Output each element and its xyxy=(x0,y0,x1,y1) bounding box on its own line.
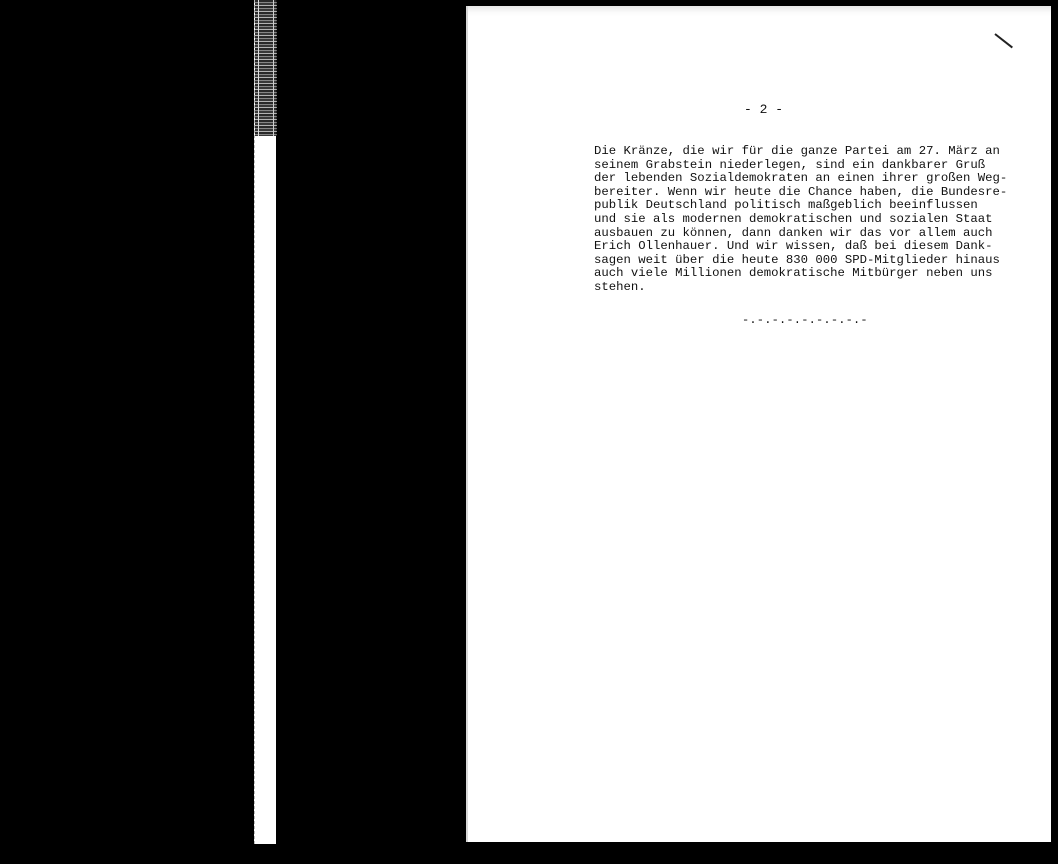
pen-mark xyxy=(994,33,1013,48)
text-line: seinem Grabstein niederlegen, sind ein d… xyxy=(594,159,1014,173)
text-line: ausbauen zu können, dann danken wir das … xyxy=(594,227,1014,241)
text-line: und sie als modernen demokratischen und … xyxy=(594,213,1014,227)
end-of-text-mark: -.-.-.-.-.-.-.-.- xyxy=(742,313,868,327)
document-page: - 2 - Die Kränze, die wir für die ganze … xyxy=(466,6,1051,842)
page-number: - 2 - xyxy=(744,102,783,117)
text-line: Erich Ollenhauer. Und wir wissen, daß be… xyxy=(594,240,1014,254)
text-line: publik Deutschland politisch maßgeblich … xyxy=(594,199,1014,213)
text-line: auch viele Millionen demokratische Mitbü… xyxy=(594,267,1014,281)
text-line: stehen. xyxy=(594,281,1014,295)
adjacent-page-edge-border xyxy=(258,0,274,136)
text-line: bereiter. Wenn wir heute die Chance habe… xyxy=(594,186,1014,200)
text-line: Die Kränze, die wir für die ganze Partei… xyxy=(594,145,1014,159)
text-line: der lebenden Sozialdemokraten an einen i… xyxy=(594,172,1014,186)
text-line: sagen weit über die heute 830 000 SPD-Mi… xyxy=(594,254,1014,268)
adjacent-page-edge xyxy=(254,0,276,844)
page-top-scan-noise xyxy=(468,6,1051,16)
body-paragraph: Die Kränze, die wir für die ganze Partei… xyxy=(594,145,1014,295)
